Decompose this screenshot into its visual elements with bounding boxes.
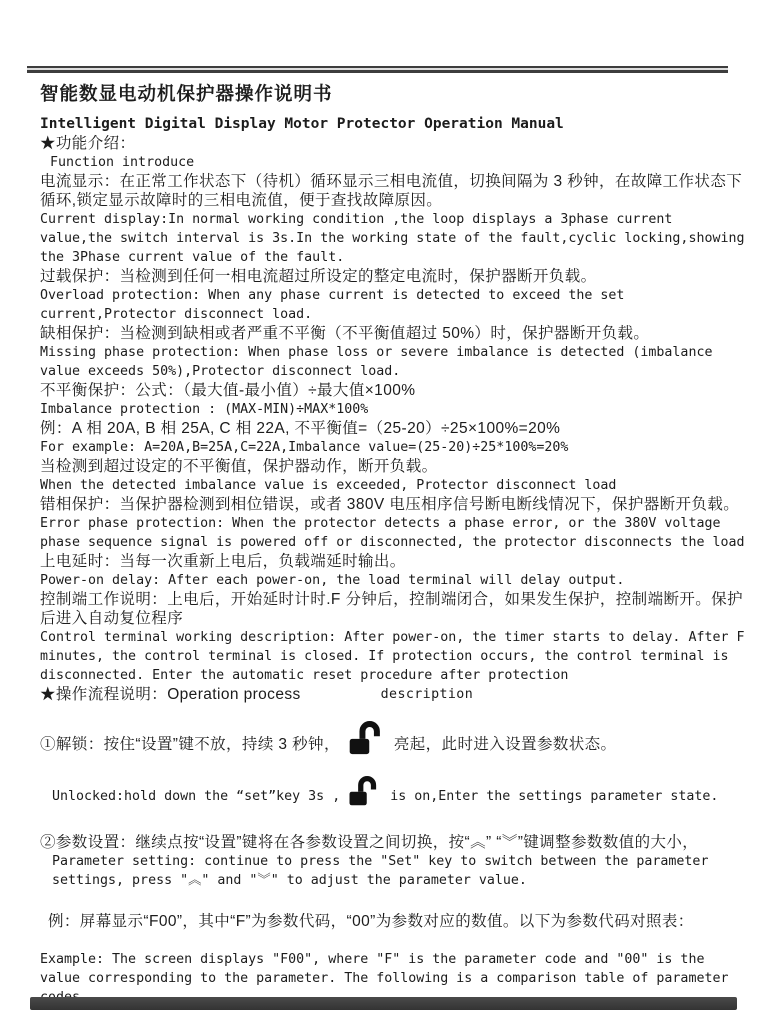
step1-cn-text-after: 亮起，此时进入设置参数状态。	[394, 736, 617, 753]
step2-parameter-setting-en: Parameter setting: continue to press the…	[52, 852, 746, 890]
function-intro-heading-en: Function introduce	[40, 153, 746, 172]
paragraph-imbalance-example-en: For example: A=20A,B=25A,C=22A,Imbalance…	[40, 438, 746, 457]
parameter-table-header-bar-partial	[30, 997, 737, 1010]
paragraph-current-display-cn: 电流显示：在正常工作状态下（待机）循环显示三相电流值，切换间隔为 3 秒钟，在故…	[40, 172, 746, 210]
paragraph-error-phase-en: Error phase protection: When the protect…	[40, 514, 746, 552]
paragraph-imbalance-example-cn: 例：A 相 20A, B 相 25A, C 相 22A, 不平衡值=（25-20…	[40, 419, 746, 438]
paragraph-power-on-delay-cn: 上电延时：当每一次重新上电后，负载端延时输出。	[40, 552, 746, 571]
step1-en-text-after: is on,Enter the settings parameter state…	[390, 789, 718, 804]
paragraph-missing-phase-en: Missing phase protection: When phase los…	[40, 343, 746, 381]
operation-process-heading: ★操作流程说明：Operation process description	[40, 685, 746, 704]
paragraph-control-terminal-cn: 控制端工作说明：上电后，开始延时计时.F 分钟后，控制端闭合，如果发生保护，控制…	[40, 590, 746, 628]
document-body: 智能数显电动机保护器操作说明书 Intelligent Digital Disp…	[40, 82, 746, 1007]
paragraph-imbalance-action-en: When the detected imbalance value is exc…	[40, 476, 746, 495]
step2-parameter-setting: ②参数设置：继续点按“设置”键将在各参数设置之间切换，按“︽” “︾”键调整参数…	[40, 833, 746, 890]
paragraph-overload-cn: 过载保护：当检测到任何一相电流超过所设定的整定电流时，保护器断开负载。	[40, 267, 746, 286]
paragraph-imbalance-formula-en: Imbalance protection : (MAX-MIN)÷MAX*100…	[40, 400, 746, 419]
paragraph-control-terminal-en: Control terminal working description: Af…	[40, 628, 746, 685]
paragraph-missing-phase-cn: 缺相保护：当检测到缺相或者严重不平衡（不平衡值超过 50%）时，保护器断开负载。	[40, 324, 746, 343]
step1-unlock-line-en: Unlocked:hold down the “set”key 3s ,is o…	[40, 775, 746, 807]
step2-parameter-setting-cn: ②参数设置：继续点按“设置”键将在各参数设置之间切换，按“︽” “︾”键调整参数…	[40, 833, 746, 852]
manual-page: 智能数显电动机保护器操作说明书 Intelligent Digital Disp…	[0, 0, 768, 1024]
paragraph-power-on-delay-en: Power-on delay: After each power-on, the…	[40, 571, 746, 590]
step1-unlock-line-cn: ①解锁：按住“设置”键不放，持续 3 秒钟，亮起，此时进入设置参数状态。	[40, 720, 746, 756]
top-divider	[27, 66, 728, 73]
operation-process-heading-text: ★操作流程说明：Operation process	[40, 685, 301, 704]
screen-example-cn: 例：屏幕显示“F00”，其中“F”为参数代码，“00”为参数对应的数值。以下为参…	[40, 912, 746, 931]
paragraph-current-display-en: Current display:In normal working condit…	[40, 210, 746, 267]
function-intro-heading: ★功能介绍：	[40, 134, 746, 153]
page-title-cn: 智能数显电动机保护器操作说明书	[40, 82, 746, 106]
paragraph-error-phase-cn: 错相保护：当保护器检测到相位错误，或者 380V 电压相序信号断电断线情况下，保…	[40, 495, 746, 514]
unlock-icon	[348, 720, 382, 756]
page-title-en: Intelligent Digital Display Motor Protec…	[40, 115, 746, 134]
step1-cn-text-before: ①解锁：按住“设置”键不放，持续 3 秒钟，	[40, 736, 340, 753]
operation-process-description-label: description	[381, 685, 473, 704]
paragraph-imbalance-action-cn: 当检测到超过设定的不平衡值，保护器动作，断开负载。	[40, 457, 746, 476]
step1-en-text-before: Unlocked:hold down the “set”key 3s ,	[52, 789, 340, 804]
paragraph-overload-en: Overload protection: When any phase curr…	[40, 286, 746, 324]
paragraph-imbalance-formula-cn: 不平衡保护：公式：（最大值-最小值）÷最大值×100%	[40, 381, 746, 400]
unlock-icon	[348, 775, 378, 807]
